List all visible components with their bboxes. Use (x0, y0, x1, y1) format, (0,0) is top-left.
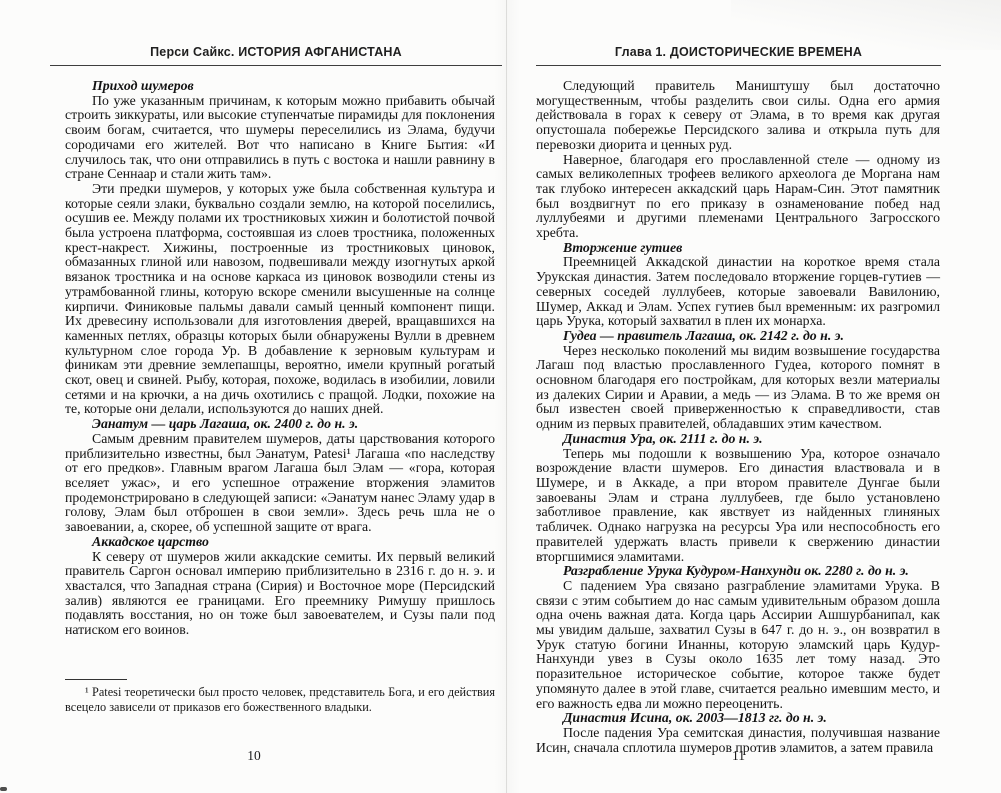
header-rule-right (536, 65, 941, 66)
footnote-block: ¹ Patesi теоретически был просто человек… (65, 679, 495, 715)
section-heading: Приход шумеров (65, 79, 495, 94)
section-heading: Аккадское царство (65, 535, 495, 550)
section-heading: Эанатум — царь Лагаша, ок. 2400 г. до н.… (65, 417, 495, 432)
right-page: Глава 1. ДОИСТОРИЧЕСКИЕ ВРЕМЕНА Следующи… (536, 45, 941, 755)
footnote: ¹ Patesi теоретически был просто человек… (65, 685, 495, 715)
paragraph: Через несколько поколений мы видим возвы… (536, 344, 940, 432)
section-heading: Династия Ура, ок. 2111 г. до н. э. (536, 432, 940, 447)
page-fold-line (506, 0, 507, 793)
page-number-left: 10 (28, 748, 480, 764)
paragraph: Преемницей Аккадской династии на коротко… (536, 255, 940, 329)
right-page-body: Следующий правитель Маништушу был достат… (536, 79, 941, 755)
paragraph: Теперь мы подошли к возвышению Ура, кото… (536, 447, 940, 565)
paragraph: Самым древним правителем шумеров, даты ц… (65, 432, 495, 535)
footnote-rule (65, 679, 127, 680)
book-spread: Перси Сайкс. ИСТОРИЯ АФГАНИСТАНА Приход … (0, 0, 1001, 793)
section-heading: Гудеа — правитель Лагаша, ок. 2142 г. до… (536, 329, 940, 344)
header-rule-left (50, 65, 502, 66)
paragraph: Эти предки шумеров, у которых уже была с… (65, 182, 495, 417)
left-page: Перси Сайкс. ИСТОРИЯ АФГАНИСТАНА Приход … (50, 45, 502, 638)
paragraph: Следующий правитель Маништушу был достат… (536, 79, 940, 153)
section-heading: Вторжение гутиев (536, 241, 940, 256)
scan-shading (731, 0, 1001, 50)
left-page-body: Приход шумеров По уже указанным причинам… (50, 79, 502, 638)
paragraph: К северу от шумеров жили аккадские семит… (65, 550, 495, 638)
paragraph: Наверное, благодаря его прославленной ст… (536, 153, 940, 241)
page-number-right: 11 (536, 748, 941, 764)
scan-artifact (0, 787, 7, 791)
section-heading: Династия Исина, ок. 2003—1813 гг. до н. … (536, 711, 940, 726)
running-head-left: Перси Сайкс. ИСТОРИЯ АФГАНИСТАНА (50, 45, 502, 60)
paragraph: По уже указанным причинам, к которым мож… (65, 94, 495, 182)
running-head-right: Глава 1. ДОИСТОРИЧЕСКИЕ ВРЕМЕНА (536, 45, 941, 60)
paragraph: С падением Ура связано разграбление элам… (536, 579, 940, 711)
section-heading: Разграбление Урука Кудуром-Нанхунди ок. … (536, 564, 940, 579)
